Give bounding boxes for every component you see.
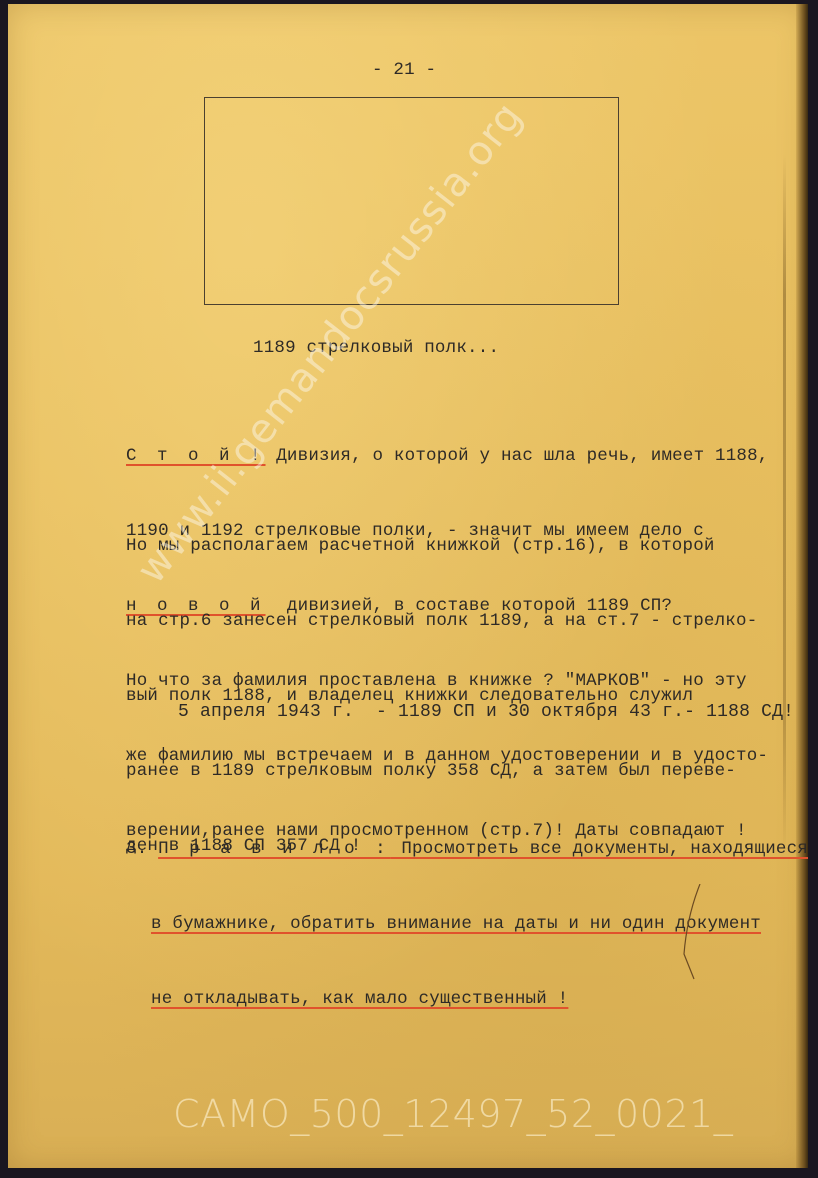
pencil-scratch-mark <box>678 884 708 984</box>
rule-number: 3. <box>126 839 147 859</box>
page-number: - 21 - <box>372 58 436 83</box>
rule-label: П р а в и л о : <box>158 839 391 859</box>
dates-line: 5 апреля 1943 г. - 1189 СП и 30 октября … <box>178 700 794 725</box>
archive-id-watermark: CAMO_500_12497_52_0021_ <box>173 1092 733 1136</box>
document-page: - 21 - 1189 стрелковый полк... С т о й !… <box>8 4 808 1168</box>
page-fold-mark <box>783 154 786 854</box>
